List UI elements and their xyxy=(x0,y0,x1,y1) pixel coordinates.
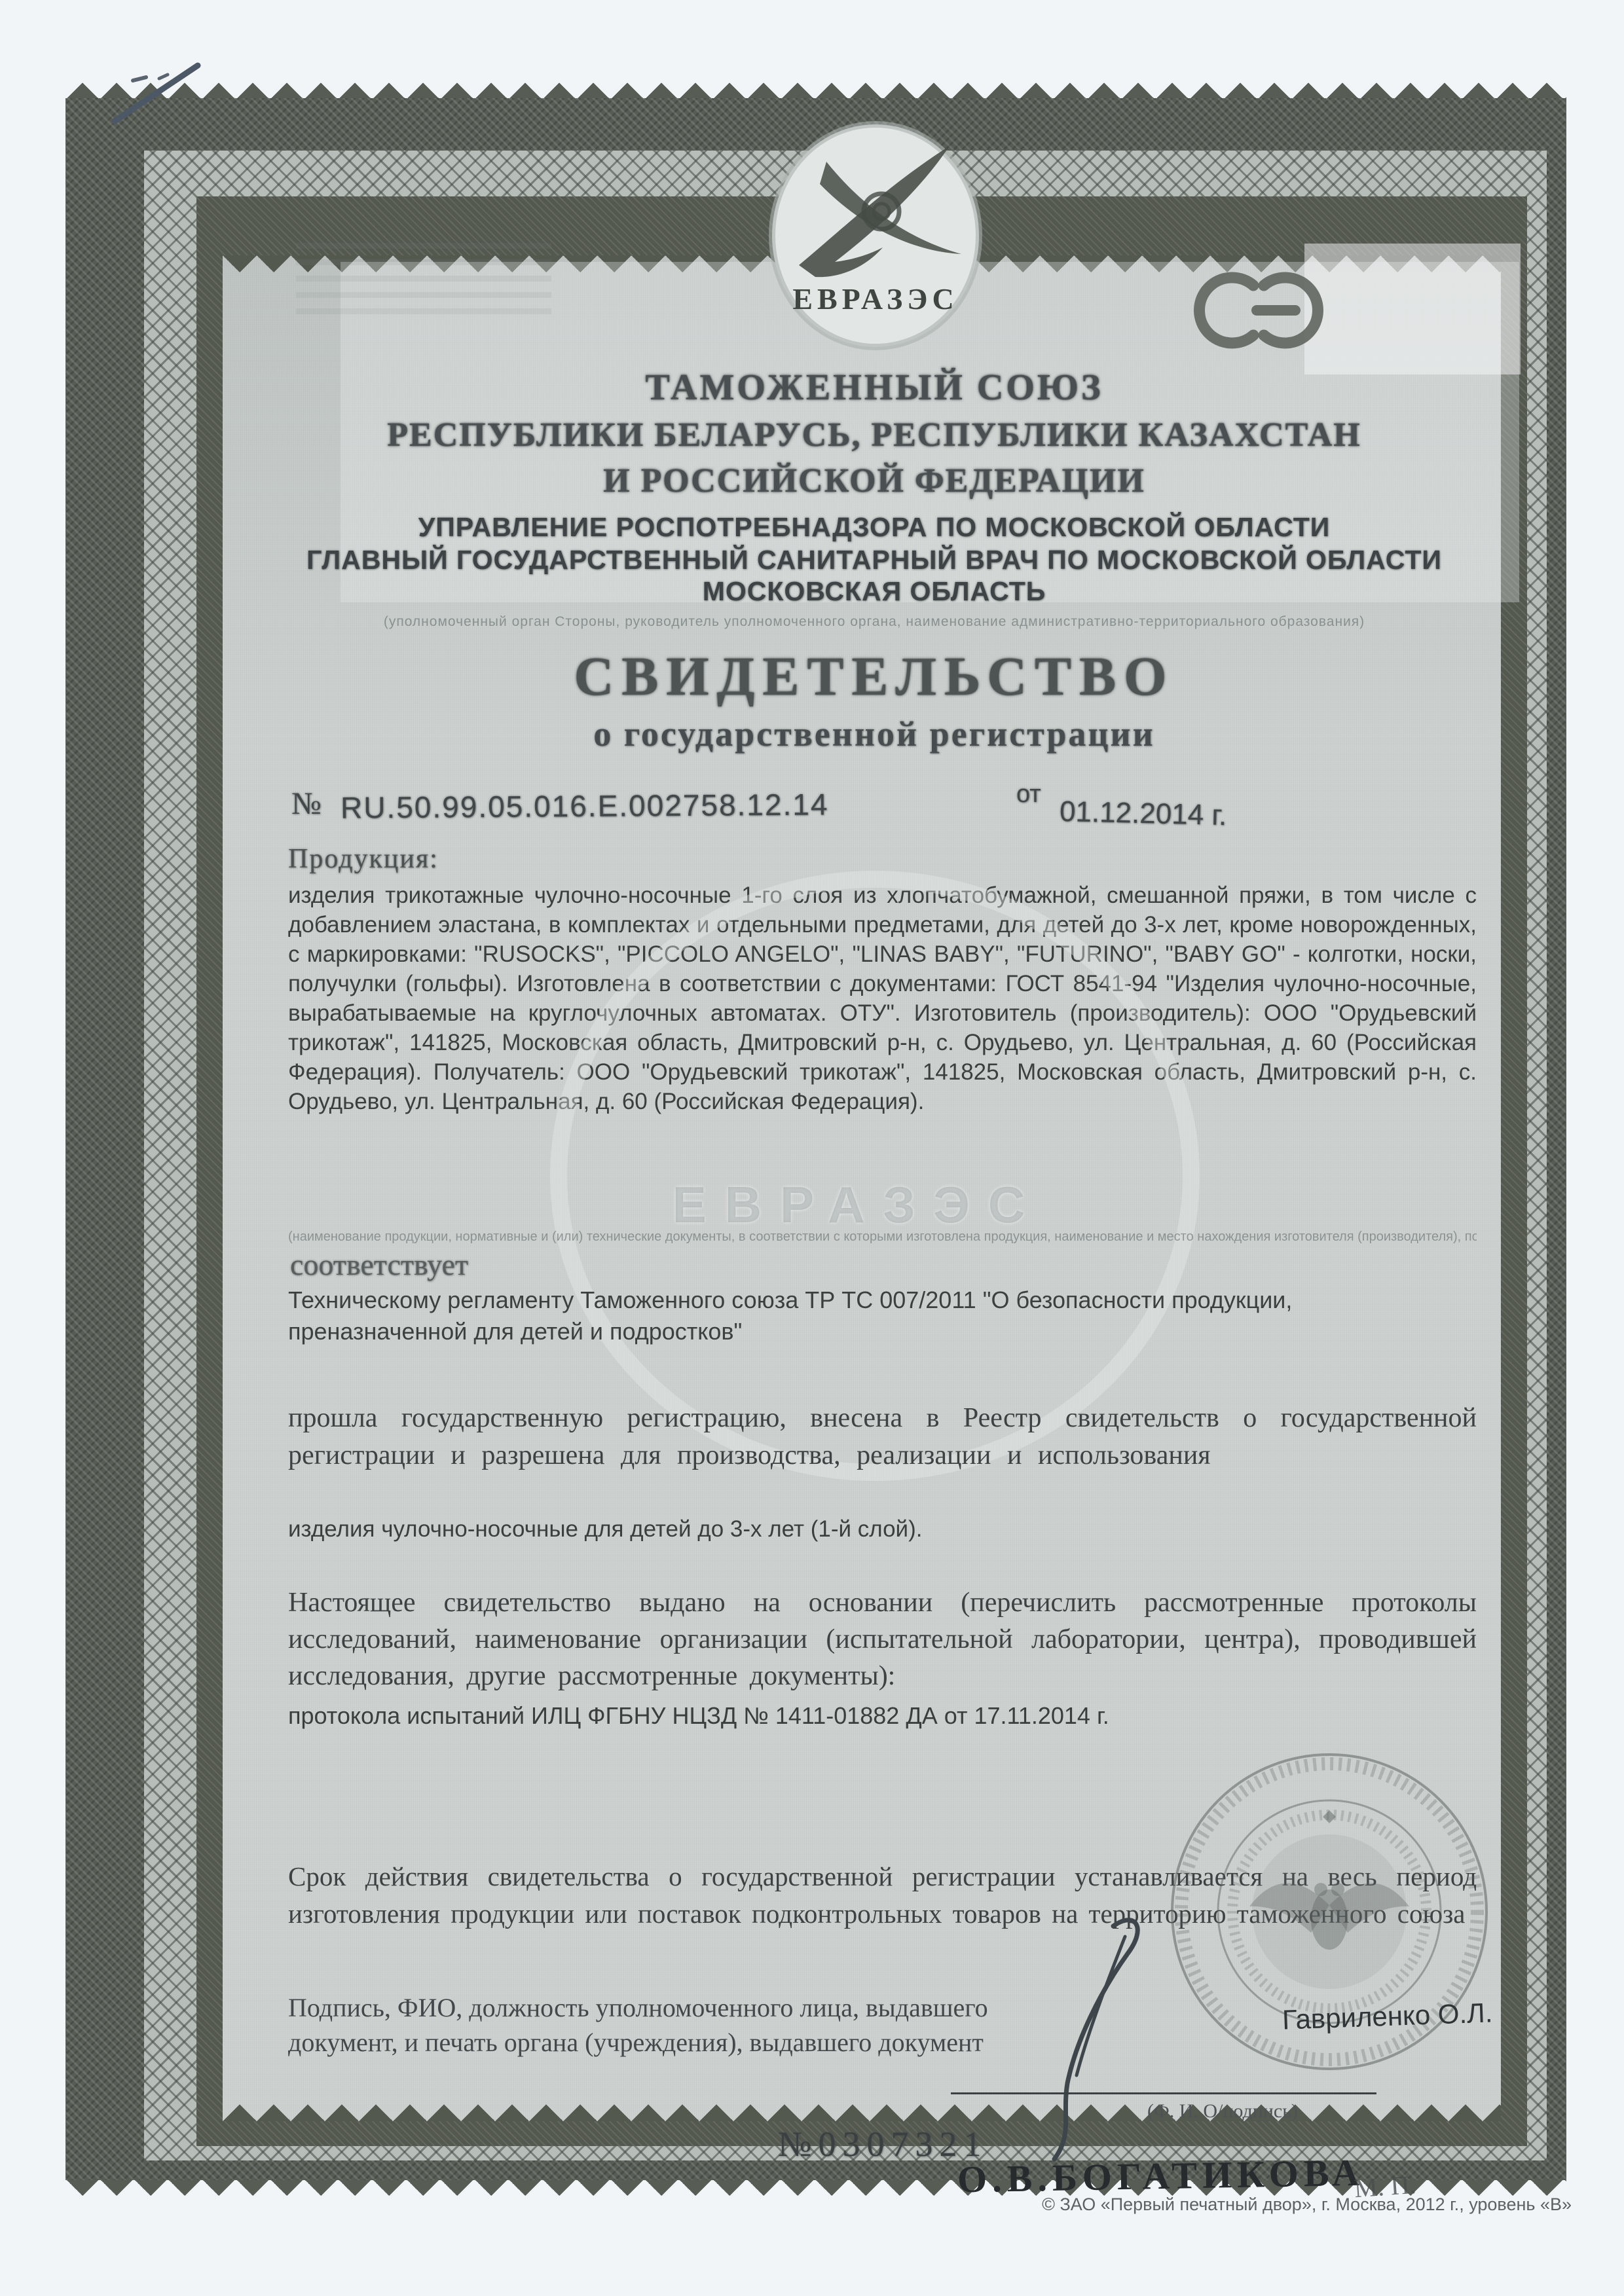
org-name-line2: РЕСПУБЛИКИ БЕЛАРУСЬ, РЕСПУБЛИКИ КАЗАХСТА… xyxy=(223,416,1526,454)
watermark-text: ЕВРАЗЭС xyxy=(616,1175,1100,1235)
scan-light-patch-right xyxy=(1304,244,1521,374)
eurasec-logo-text: ЕВРАЗЭС xyxy=(753,282,998,316)
registered-scope: изделия чулочно-носочные для детей до 3-… xyxy=(288,1516,1477,1542)
signature-line-label: (Ф. И. О/подпись) xyxy=(1147,2100,1298,2123)
signature-stroke xyxy=(917,1899,1441,2193)
faint-stamp-artifact xyxy=(296,237,551,314)
conformity-regulation: Техническому регламенту Таможенного союз… xyxy=(288,1285,1362,1347)
pen-mark xyxy=(92,52,367,210)
basis-documents: протокола испытаний ИЛЦ ФГБНУ НЦЗД № 141… xyxy=(288,1702,1477,1730)
reg-number-label: № xyxy=(291,786,322,822)
dept-line1: УПРАВЛЕНИЕ РОСПОТРЕБНАДЗОРА ПО МОСКОВСКО… xyxy=(223,512,1526,543)
reg-number: RU.50.99.05.016.E.002758.12.14 xyxy=(341,786,829,825)
header-footnote: (уполномоченный орган Стороны, руководит… xyxy=(223,614,1526,630)
product-footnote: (наименование продукции, нормативные и (… xyxy=(288,1230,1477,1245)
product-label: Продукция: xyxy=(288,843,439,875)
registered-statement: прошла государственную регистрацию, внес… xyxy=(288,1400,1477,1474)
reg-date-label: от xyxy=(1016,780,1041,809)
reg-date: 01.12.2014 г. xyxy=(1059,795,1227,832)
org-name-line3: И РОССИЙСКОЙ ФЕДЕРАЦИИ xyxy=(223,462,1526,500)
certificate-title: СВИДЕТЕЛЬСТВО xyxy=(223,645,1526,708)
certificate-subtitle: о государственной регистрации xyxy=(223,714,1526,754)
ce-mark-icon xyxy=(1189,263,1333,358)
stamped-name: О.В.БОГАТИКОВА xyxy=(957,2151,1365,2202)
signature-line xyxy=(951,2092,1376,2094)
printer-credit: © ЗАО «Первый печатный двор», г. Москва,… xyxy=(1042,2195,1572,2215)
dept-line2: ГЛАВНЫЙ ГОСУДАРСТВЕННЫЙ САНИТАРНЫЙ ВРАЧ … xyxy=(223,545,1526,575)
dept-line3: МОСКОВСКАЯ ОБЛАСТЬ xyxy=(223,576,1526,607)
eurasec-emblem: ЕВРАЗЭС xyxy=(753,121,998,357)
certificate-page: ЕВРАЗЭС ТАМОЖЕННЫЙ СОЮЗ РЕСПУБЛИКИ БЕЛАР… xyxy=(0,0,1624,2296)
org-name-line1: ТАМОЖЕННЫЙ СОЮЗ xyxy=(223,367,1526,409)
blank-number: №0307321 xyxy=(778,2124,988,2164)
basis-intro: Настоящее свидетельство выдано на основа… xyxy=(288,1584,1477,1694)
conformity-lead: соответствует xyxy=(290,1247,468,1282)
